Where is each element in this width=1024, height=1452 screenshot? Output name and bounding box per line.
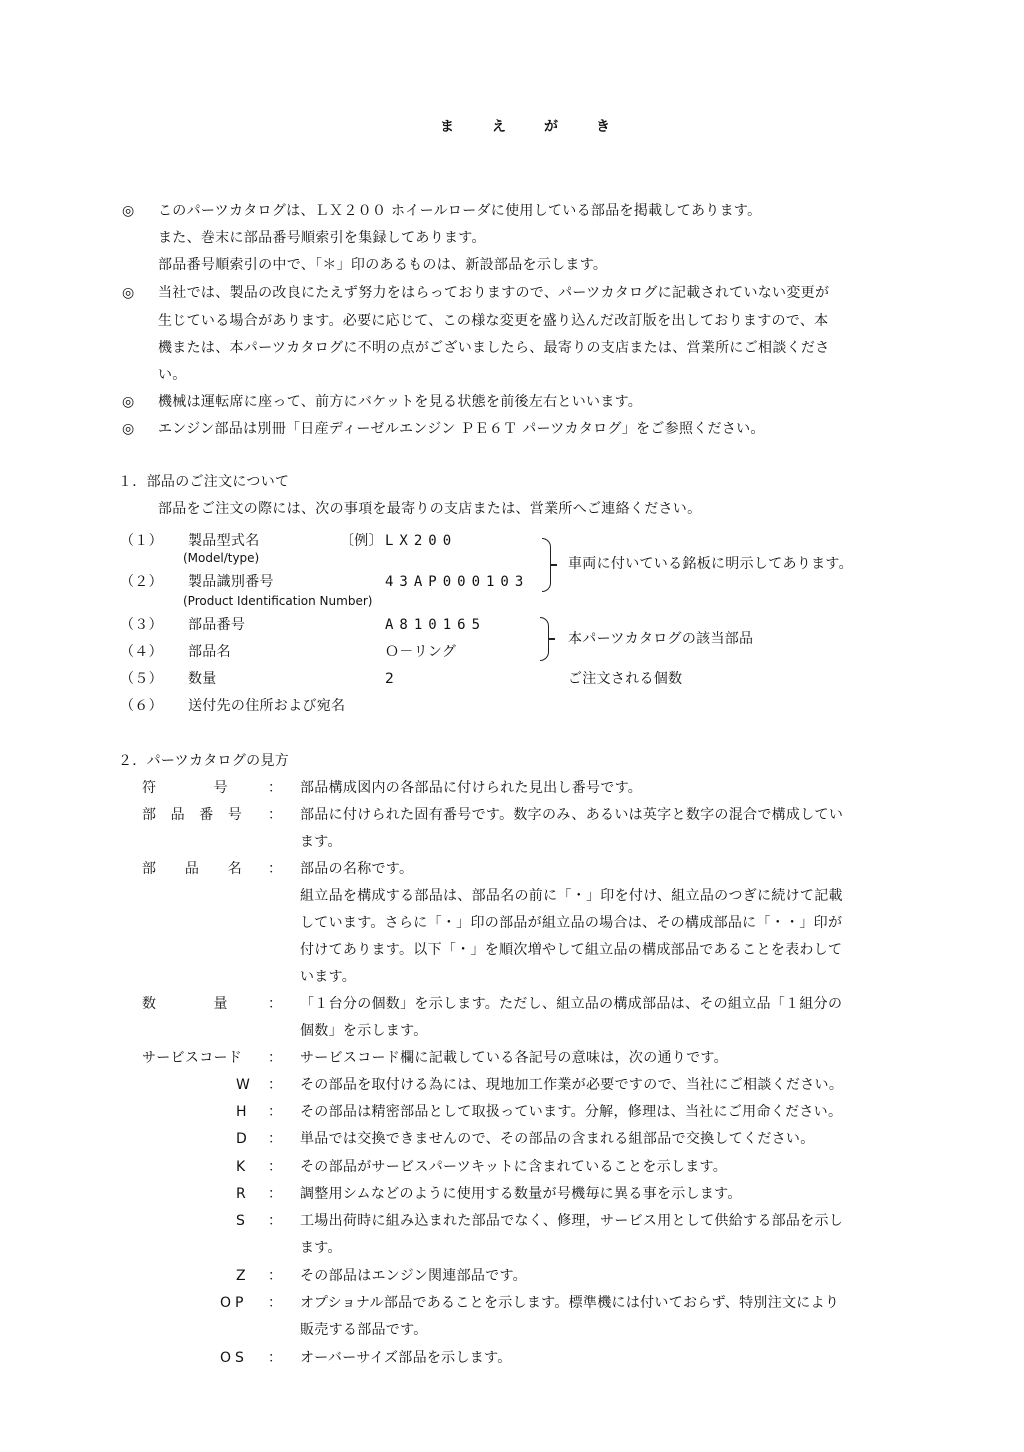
- brace-nameplate: [542, 538, 551, 592]
- intro-line: また、巻末に部品番号順索引を集録してあります。: [158, 229, 486, 247]
- code-d: D: [236, 1130, 247, 1148]
- colon: ：: [268, 1049, 282, 1067]
- intro-line: エンジン部品は別冊「日産ディーゼルエンジン ＰＥ６Ｔ パーツカタログ」をご参照く…: [158, 420, 765, 438]
- row-sublabel: (Product Identification Number): [183, 592, 372, 610]
- term-desc: 部品に付けられた固有番号です。数字のみ、あるいは英字と数字の混合で構成してい: [300, 806, 843, 824]
- code-z: Z: [236, 1267, 246, 1285]
- row-label: 送付先の住所および宛名: [188, 697, 345, 715]
- intro-line: い。: [158, 366, 187, 384]
- row-number: （３）: [120, 616, 163, 634]
- bullet-icon: ◎: [122, 420, 135, 438]
- example-tag: 〔例〕: [340, 532, 383, 550]
- row-number: （５）: [120, 670, 163, 688]
- brace-tip: [551, 564, 557, 566]
- brace-catalog: [540, 617, 549, 661]
- colon: ：: [268, 779, 282, 797]
- colon: ：: [268, 1294, 282, 1312]
- bullet-icon: ◎: [122, 284, 135, 302]
- row-label: 製品型式名: [188, 532, 260, 550]
- intro-line: 機械は運転席に座って、前方にバケットを見る状態を前後左右といいます。: [158, 393, 642, 411]
- colon: ：: [268, 1158, 282, 1176]
- code-desc: オプショナル部品であることを示します。標準機には付いておらず、特別注文により: [300, 1294, 839, 1312]
- section-lead: 部品をご注文の際には、次の事項を最寄りの支店または、営業所へご連絡ください。: [158, 500, 701, 518]
- bullet-icon: ◎: [122, 393, 135, 411]
- code-desc: オーバーサイズ部品を示します。: [300, 1349, 512, 1367]
- code-desc: 単品では交換できませんので、その部品の含まれる組部品で交換してください。: [300, 1130, 815, 1148]
- code-w: W: [236, 1076, 250, 1094]
- intro-line: このパーツカタログは、ＬＸ２００ ホイールローダに使用している部品を掲載してあり…: [158, 202, 761, 220]
- row-label: 部品名: [188, 643, 231, 661]
- colon: ：: [268, 1212, 282, 1230]
- term-desc: 個数」を示します。: [300, 1022, 428, 1040]
- row-label: 部品番号: [188, 616, 245, 634]
- term-desc: 部品構成図内の各部品に付けられた見出し番号です。: [300, 779, 642, 797]
- term-desc: しています。さらに「・」印の部品が組立品の場合は、その構成部品に「・・」印が: [300, 914, 842, 932]
- part-number-value: A810165: [385, 616, 486, 634]
- term-desc: 付けてあります。以下「・」を順次増やして組立品の構成部品であることを表わして: [300, 941, 842, 959]
- row-number: （１）: [120, 532, 163, 550]
- colon: ：: [268, 1185, 282, 1203]
- code-desc: その部品がサービスパーツキットに含まれていることを示します。: [300, 1158, 727, 1176]
- row-number: （６）: [120, 697, 163, 715]
- bullet-icon: ◎: [122, 202, 135, 220]
- row-label: 数量: [188, 670, 217, 688]
- term-desc: サービスコード欄に記載している各記号の意味は，次の通りです。: [300, 1049, 728, 1067]
- colon: ：: [268, 1103, 282, 1121]
- intro-line: 機または、本パーツカタログに不明の点がございましたら、最寄りの支店または、営業所…: [158, 339, 830, 357]
- code-desc: 販売する部品です。: [300, 1321, 428, 1339]
- colon: ：: [268, 860, 282, 878]
- colon: ：: [268, 1130, 282, 1148]
- intro-line: 生じている場合があります。必要に応じて、この様な変更を盛り込んだ改訂版を出してお…: [158, 312, 828, 330]
- serial-value: 43AP000103: [385, 573, 529, 591]
- term-label: 部 品 名: [142, 860, 242, 878]
- section-heading: ２．パーツカタログの見方: [118, 752, 289, 770]
- code-op: OP: [220, 1294, 247, 1312]
- code-k: K: [236, 1158, 245, 1176]
- colon: ：: [268, 1267, 282, 1285]
- term-desc: ます。: [300, 833, 342, 851]
- brace-note-catalog: 本パーツカタログの該当部品: [568, 630, 753, 648]
- term-desc: 部品の名称です。: [300, 860, 413, 878]
- term-label: 部 品 番 号: [142, 806, 242, 824]
- section-heading: １．部品のご注文について: [118, 473, 289, 491]
- term-label: 符 号: [142, 779, 228, 797]
- term-desc: 組立品を構成する部品は、部品名の前に「・」印を付け、組立品のつぎに続けて記載: [300, 887, 843, 905]
- code-h: H: [236, 1103, 247, 1121]
- quantity-value: 2: [385, 670, 394, 688]
- colon: ：: [268, 1076, 282, 1094]
- code-desc: その部品はエンジン関連部品です。: [300, 1267, 527, 1285]
- title-char: え: [492, 118, 544, 136]
- brace-tip: [549, 638, 555, 640]
- brace-note-nameplate: 車両に付いている銘板に明示してあります。: [568, 555, 853, 573]
- code-desc: 工場出荷時に組み込まれた部品でなく、修理，サービス用として供給する部品を示し: [300, 1212, 843, 1230]
- page-title: まえがき: [440, 118, 648, 136]
- intro-line: 当社では、製品の改良にたえず努力をはらっておりますので、パーツカタログに記載され…: [158, 284, 829, 302]
- colon: ：: [268, 1349, 282, 1367]
- code-desc: 調整用シムなどのように使用する数量が号機毎に異る事を示します。: [300, 1185, 742, 1203]
- title-char: が: [544, 118, 596, 136]
- colon: ：: [268, 806, 282, 824]
- code-desc: その部品は精密部品として取扱っています。分解，修理は、当社にご用命ください。: [300, 1103, 842, 1121]
- term-label: サービスコード: [142, 1049, 242, 1067]
- code-desc: ます。: [300, 1239, 342, 1257]
- code-os: OS: [220, 1349, 248, 1367]
- row-number: （４）: [120, 643, 163, 661]
- colon: ：: [268, 995, 282, 1013]
- term-label: 数 量: [142, 995, 228, 1013]
- row-number: （２）: [120, 573, 163, 591]
- title-char: ま: [440, 118, 492, 136]
- code-r: R: [236, 1185, 246, 1203]
- part-name-value: Ｏ－リング: [385, 643, 456, 661]
- term-desc: います。: [300, 968, 356, 986]
- intro-line: 部品番号順索引の中で、「＊」印のあるものは、新設部品を示します。: [158, 256, 607, 274]
- quantity-note: ご注文される個数: [568, 670, 682, 688]
- row-sublabel: (Model/type): [183, 549, 259, 567]
- row-label: 製品識別番号: [188, 573, 274, 591]
- title-char: き: [596, 118, 648, 136]
- code-desc: その部品を取付ける為には、現地加工作業が必要ですので、当社にご相談ください。: [300, 1076, 843, 1094]
- model-value: LX200: [385, 532, 457, 550]
- term-desc: 「１台分の個数」を示します。ただし、組立品の構成部品は、その組立品「１組分の: [300, 995, 842, 1013]
- code-s: S: [236, 1212, 245, 1230]
